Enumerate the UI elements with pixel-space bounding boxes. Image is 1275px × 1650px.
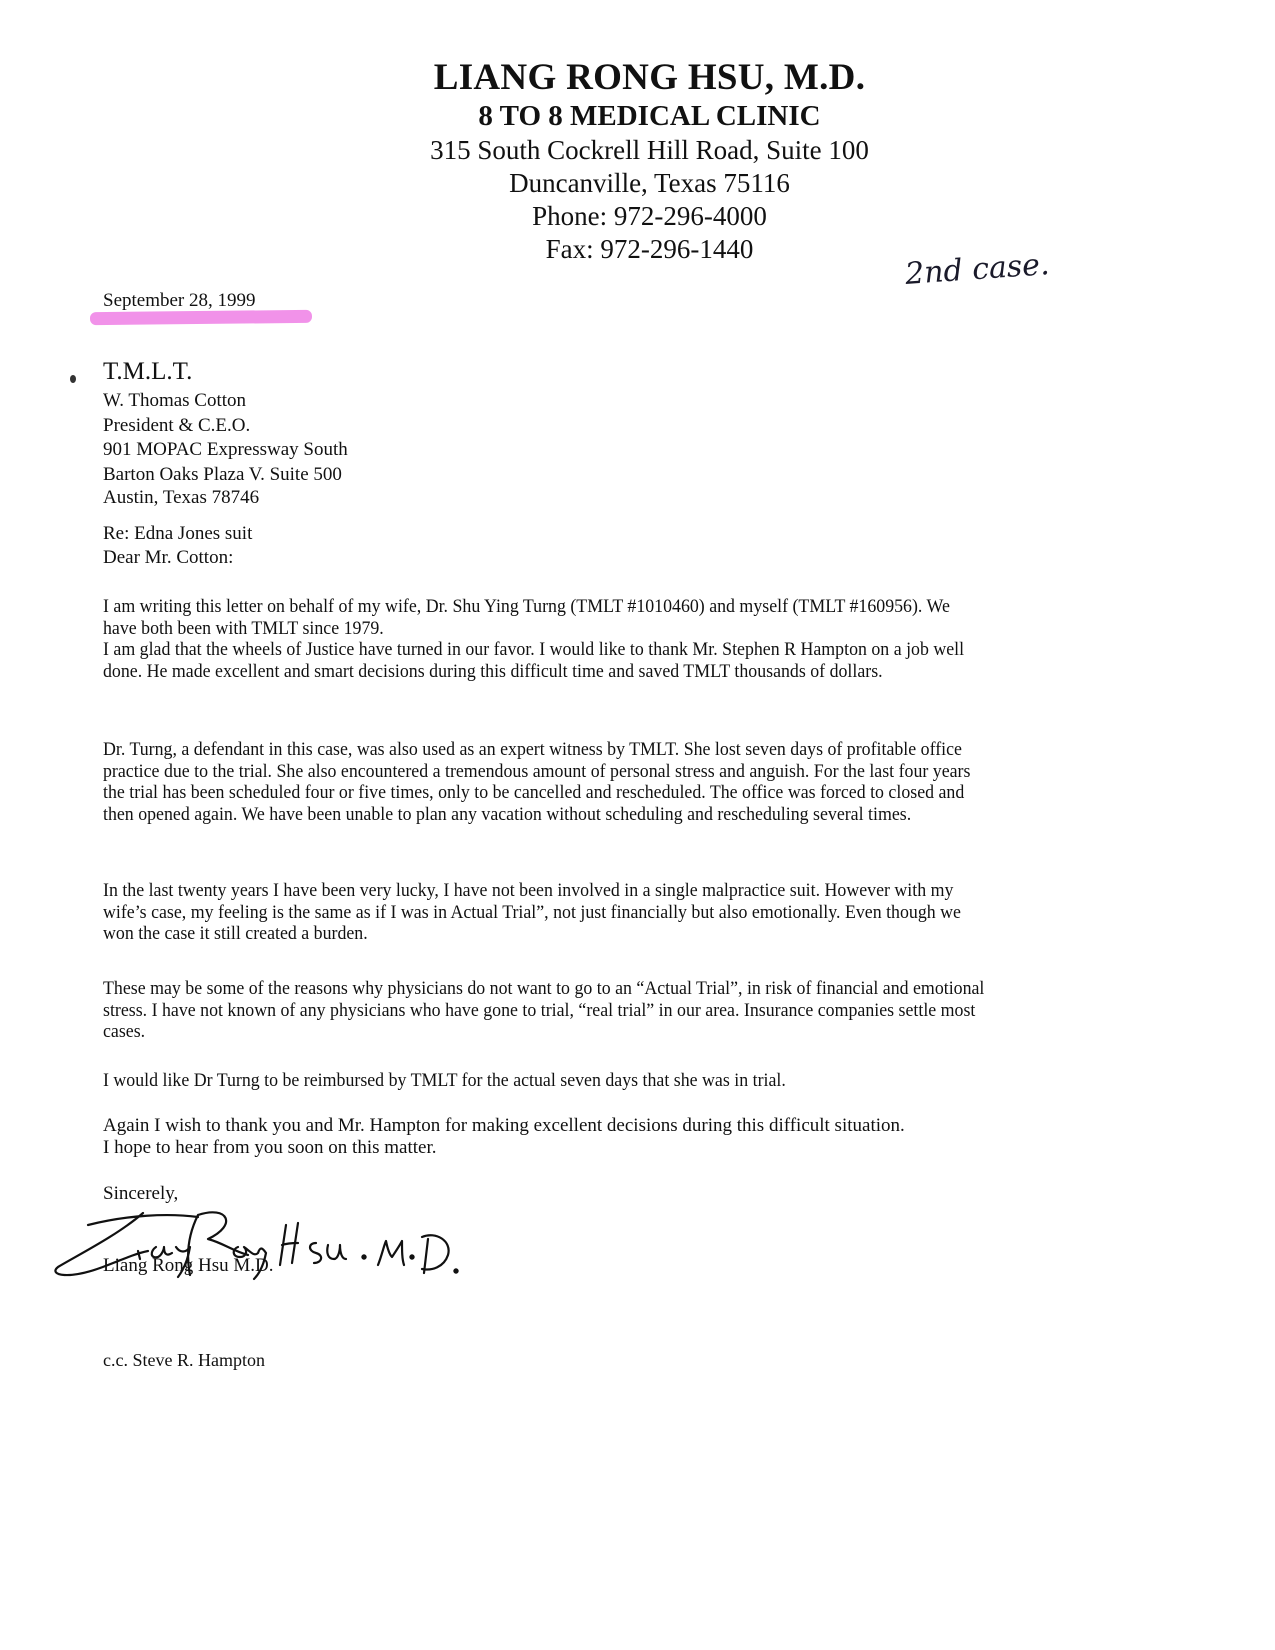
recipient-street: 901 MOPAC Expressway South: [103, 438, 348, 463]
letterhead-address: 315 South Cockrell Hill Road, Suite 100: [12, 135, 1275, 166]
body-paragraph-4: These may be some of the reasons why phy…: [103, 978, 986, 1043]
body-paragraph-1: I am writing this letter on behalf of my…: [103, 596, 986, 682]
body-paragraph-5: I would like Dr Turng to be reimbursed b…: [103, 1070, 986, 1092]
body-paragraph-6: Again I wish to thank you and Mr. Hampto…: [103, 1115, 1023, 1158]
paragraph-text: These may be some of the reasons why phy…: [103, 978, 986, 1043]
subject-block: Re: Edna Jones suit Dear Mr. Cotton:: [103, 522, 252, 570]
ink-dot: [70, 375, 76, 383]
letterhead-fax: Fax: 972-296-1440: [12, 234, 1275, 265]
recipient-building: Barton Oaks Plaza V. Suite 500: [103, 463, 348, 488]
paragraph-text: I would like Dr Turng to be reimbursed b…: [103, 1070, 986, 1092]
recipient-name: W. Thomas Cotton: [103, 389, 348, 414]
salutation: Dear Mr. Cotton:: [103, 546, 252, 570]
recipient-title: President & C.E.O.: [103, 414, 348, 439]
recipient-city: Austin, Texas 78746: [103, 487, 259, 509]
letter-date: September 28, 1999: [103, 290, 256, 312]
letterhead-phone: Phone: 972-296-4000: [12, 201, 1275, 232]
letterhead-name: LIANG RONG HSU, M.D.: [12, 56, 1275, 99]
letterhead-clinic: 8 TO 8 MEDICAL CLINIC: [12, 100, 1275, 133]
date-highlight-mark: [90, 310, 312, 325]
carbon-copy-line: c.c. Steve R. Hampton: [103, 1350, 265, 1371]
letterhead-city: Duncanville, Texas 75116: [12, 168, 1275, 199]
recipient-organization: T.M.L.T.: [103, 355, 348, 389]
paragraph-text: In the last twenty years I have been ver…: [103, 880, 986, 945]
body-paragraph-2: Dr. Turng, a defendant in this case, was…: [103, 739, 986, 825]
paragraph-text: I am writing this letter on behalf of my…: [103, 596, 986, 682]
typed-signature-name: Liang Rong Hsu M.D.: [103, 1255, 273, 1277]
paragraph-text: Dr. Turng, a defendant in this case, was…: [103, 739, 986, 825]
subject-line: Re: Edna Jones suit: [103, 522, 252, 546]
body-paragraph-3: In the last twenty years I have been ver…: [103, 880, 986, 945]
paragraph-text: Again I wish to thank you and Mr. Hampto…: [103, 1115, 1023, 1158]
recipient-address-block: T.M.L.T. W. Thomas Cotton President & C.…: [103, 355, 348, 487]
